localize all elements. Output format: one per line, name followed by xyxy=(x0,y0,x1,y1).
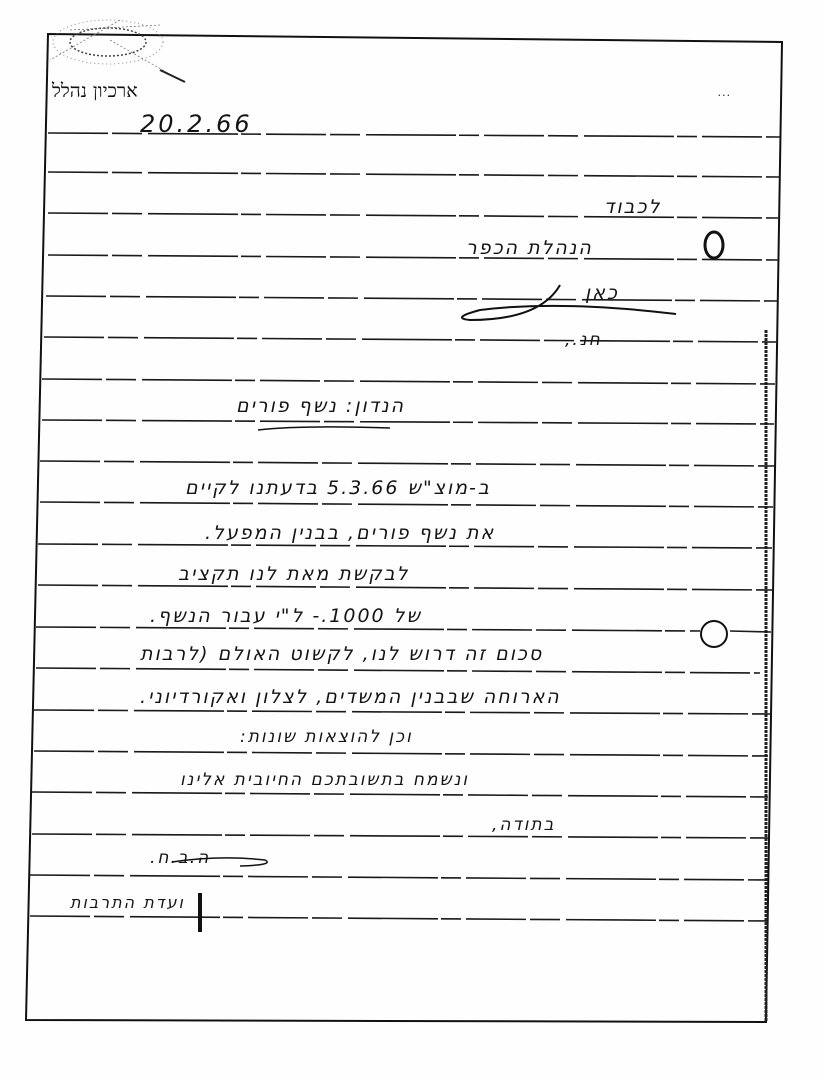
body-line: סכום זה דרוש לנו, לקשוט האולם (לרבות xyxy=(140,643,543,665)
body-line: את נשף פורים, בבנין המפעל. xyxy=(205,522,495,544)
signature: ה.ב.ח. xyxy=(150,848,210,868)
body-line: ונשמח בתשובתכם החיובית אלינו xyxy=(180,770,469,790)
body-line: לבקשת מאת לנו תקציב xyxy=(178,563,409,585)
closing: בתודה, xyxy=(492,815,555,835)
letter-date: 20.2.66 xyxy=(140,110,253,138)
body-line: של 1000.- ל"י עבור הנשף. xyxy=(150,605,422,627)
signature-title: ועדת התרבות xyxy=(70,893,185,912)
recipient-line-1: לכבוד xyxy=(604,196,661,218)
archive-stamp-label: ארכיון נהלל xyxy=(52,80,138,103)
recipient-line-3: כאן xyxy=(585,282,619,304)
body-line: וכן להוצאות שונות: xyxy=(240,727,413,747)
scanned-letter-page: ארכיון נהלל ... 20.2.66 לכבוד הנהלת הכפר… xyxy=(0,0,824,1080)
body-line: ב-מוצ"ש 5.3.66 בדעתנו לקיים xyxy=(185,477,491,499)
letter-subject: הנדון: נשף פורים xyxy=(236,395,405,417)
body-line: הארוחה שבבנין המשדים, לצלון ואקורדיוני. xyxy=(140,686,561,708)
top-corner-note: ... xyxy=(718,86,732,99)
salutation: חנ., xyxy=(565,330,602,350)
recipient-line-2: הנהלת הכפר xyxy=(466,237,593,259)
